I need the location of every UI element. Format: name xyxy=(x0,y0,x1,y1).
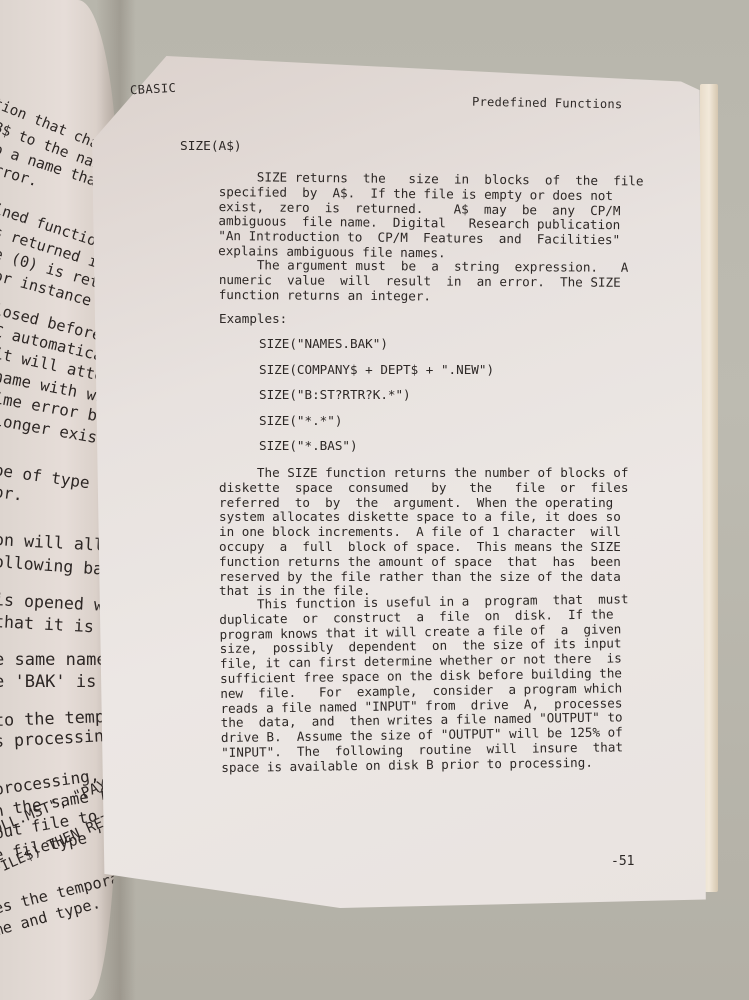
paragraph-argument: The argument must be a string expression… xyxy=(219,258,619,305)
examples-label: Examples: xyxy=(219,312,287,327)
example-item: SIZE("NAMES.BAK") xyxy=(259,337,494,363)
section-title: SIZE(A$) xyxy=(180,140,242,155)
example-item: SIZE("B:ST?RTR?K.*") xyxy=(259,388,494,414)
paragraph-description: SIZE returns the size in blocks of the f… xyxy=(218,170,619,263)
running-header-left: CBASIC xyxy=(130,81,177,98)
example-item: SIZE("*.BAS") xyxy=(259,439,494,465)
running-header-right: Predefined Functions xyxy=(472,95,623,112)
example-item: SIZE(COMPANY$ + DEPT$ + ".NEW") xyxy=(259,363,494,389)
page-content: CBASIC Predefined Functions SIZE(A$) SIZ… xyxy=(0,0,749,1000)
example-item: SIZE("*.*") xyxy=(259,414,494,440)
paragraph-blocks: The SIZE function returns the number of … xyxy=(219,466,619,599)
page-number: -51 xyxy=(611,855,634,870)
examples-list: SIZE("NAMES.BAK") SIZE(COMPANY$ + DEPT$ … xyxy=(259,337,494,465)
paragraph-usage: This function is useful in a program tha… xyxy=(219,592,641,775)
